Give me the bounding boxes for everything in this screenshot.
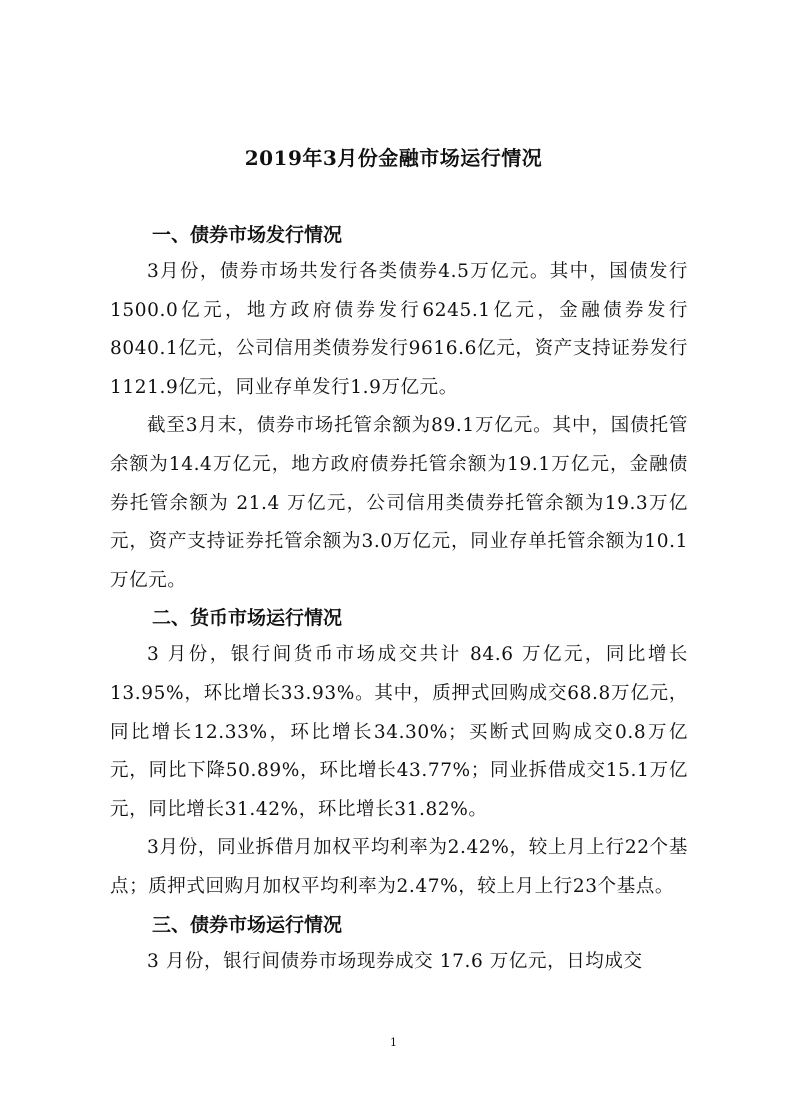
document-page: 2019年3月份金融市场运行情况 一、债券市场发行情况 3月份，债券市场共发行各… <box>0 0 787 1113</box>
paragraph: 3 月份，银行间货币市场成交共计 84.6 万亿元，同比增长13.95%，环比增… <box>110 636 688 829</box>
document-body: 一、债券市场发行情况 3月份，债券市场共发行各类债券4.5万亿元。其中，国债发行… <box>110 217 688 981</box>
document-title: 2019年3月份金融市场运行情况 <box>0 143 787 173</box>
section-bond-market-operation: 三、债券市场运行情况 3 月份，银行间债券市场现券成交 17.6 万亿元，日均成… <box>110 907 688 982</box>
section-bond-issuance: 一、债券市场发行情况 3月份，债券市场共发行各类债券4.5万亿元。其中，国债发行… <box>110 217 688 600</box>
paragraph: 3月份，债券市场共发行各类债券4.5万亿元。其中，国债发行1500.0亿元，地方… <box>110 253 688 407</box>
paragraph: 截至3月末，债券市场托管余额为89.1万亿元。其中，国债托管余额为14.4万亿元… <box>110 407 688 600</box>
page-number: 1 <box>0 1036 787 1050</box>
paragraph: 3月份，同业拆借月加权平均利率为2.42%，较上月上行22个基点；质押式回购月加… <box>110 829 688 906</box>
section-heading: 一、债券市场发行情况 <box>110 217 688 253</box>
section-money-market: 二、货币市场运行情况 3 月份，银行间货币市场成交共计 84.6 万亿元，同比增… <box>110 600 688 906</box>
section-heading: 二、货币市场运行情况 <box>110 600 688 636</box>
paragraph: 3 月份，银行间债券市场现券成交 17.6 万亿元，日均成交 <box>110 943 688 982</box>
section-heading: 三、债券市场运行情况 <box>110 907 688 943</box>
